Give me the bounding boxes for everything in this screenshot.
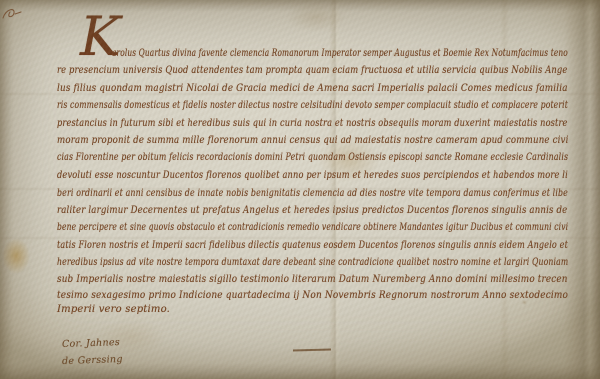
manuscript-line-13: heredibus ipsius ad vite nostre tempora … <box>57 257 568 269</box>
left-edge-shadow <box>0 0 14 379</box>
signature-line-1: Cor. Jahnes <box>62 337 120 350</box>
manuscript-line-3: lus filius quondam magistri Nicolai de G… <box>57 83 568 95</box>
manuscript-line-10: raliter largimur Decernentes ut prefatus… <box>57 205 567 217</box>
pen-flourish-icon <box>1 5 23 25</box>
manuscript-line-16: Imperii vero septimo. <box>57 304 170 316</box>
manuscript-line-1: arolus Quartus divina favente clemencia … <box>112 48 568 60</box>
manuscript-line-8: devoluti esse noscuntur Ducentos floreno… <box>57 170 568 182</box>
manuscript-line-15: tesimo sexagesimo primo Indicione quarta… <box>57 290 568 302</box>
manuscript-line-4: ris commensalis domesticus et fidelis no… <box>57 100 568 112</box>
manuscript-line-2: re presencium universis Quod attendentes… <box>57 65 568 77</box>
manuscript-line-11: bene percipere et sine quovis obstaculo … <box>57 222 568 234</box>
manuscript-line-7: cias Florentine per obitum felicis recor… <box>57 152 568 164</box>
signature-line-2: de Gerssing <box>62 354 123 367</box>
manuscript-line-14: sub Imperialis nostre maiestatis sigillo… <box>57 274 568 286</box>
parchment-charter-photo: K arolus Quartus divina favente clemenci… <box>0 0 600 379</box>
ink-dash <box>293 349 331 351</box>
manuscript-line-5: prestancius in futurum sibi et heredibus… <box>57 118 568 130</box>
manuscript-line-12: tatis Floren nostris et Imperii sacri fi… <box>57 240 568 252</box>
manuscript-line-9: beri ordinarii et anni censibus de innat… <box>57 188 568 200</box>
manuscript-line-6: moram proponit de summa mille florenorum… <box>57 135 569 147</box>
right-edge-fold <box>564 0 600 379</box>
